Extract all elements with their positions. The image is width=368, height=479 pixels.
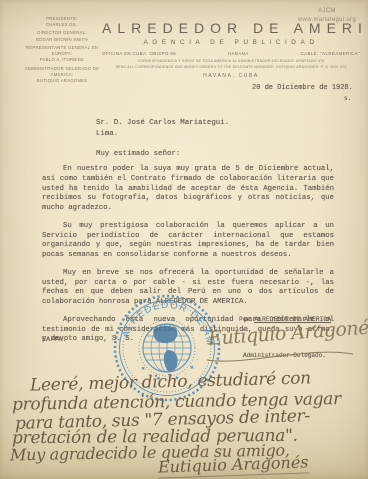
office-city: Habana [228, 51, 248, 56]
typist-initials: EA/PA. [42, 336, 66, 344]
official-name: Pablo A. Iturbide [20, 57, 104, 63]
letter-date: 20 de Diciembre de 1928. [252, 84, 353, 92]
company-tagline: AGENCIA DE PUBLICIDAD [102, 39, 360, 46]
scanned-letter-page: AJCM www.mariategui.org Presidente: Char… [0, 0, 368, 479]
official-administrator: Administrador Delegado de America: Eutiq… [20, 66, 104, 85]
office-info-row: Oficina en Cuba: Obispo 86 Habana Cable:… [102, 51, 360, 56]
official-director: Director General: Edgar Brown Smith [20, 30, 104, 42]
recipient-city: Lima. [96, 129, 229, 140]
letterhead-officials: Presidente: Charles Gil. Director Genera… [20, 16, 104, 86]
letterhead-city: HAVANA, CUBA [102, 73, 360, 79]
date-annotation: s. [344, 95, 351, 102]
signature-flourish [205, 344, 355, 366]
office-address: Oficina en Cuba: Obispo 86 [102, 51, 176, 56]
official-representative: Representante General en Europa: Pablo A… [20, 45, 104, 64]
recipient-name: Sr. D. José Carlos Mariategui. [96, 118, 229, 129]
closing-prefix: Por [239, 316, 254, 323]
letterhead: ALREDEDOR DE AMERICA AGENCIA DE PUBLICID… [102, 20, 360, 79]
paragraph-2: Su muy prestigiosa colaboración la quere… [42, 222, 334, 261]
company-name: ALREDEDOR DE AMERICA [102, 20, 360, 36]
salutation: Muy estimado señor: [96, 150, 180, 158]
archive-initials: AJCM [298, 7, 356, 16]
correspondence-notices: Correspondencia y giros de toda America … [102, 59, 360, 71]
official-name: Edgar Brown Smith [20, 37, 104, 43]
official-president: Presidente: Charles Gil. [20, 16, 104, 28]
recipient-block: Sr. D. José Carlos Mariategui. Lima. [96, 118, 229, 139]
north-america-shape [153, 326, 177, 343]
official-name: Charles Gil. [20, 22, 104, 28]
cable-address: Cable: "Alreamerica" [301, 51, 360, 56]
official-title: Representante General en Europa: [20, 45, 104, 57]
notice-english: Send all correspondence and money-orders… [102, 65, 360, 71]
official-title: Administrador Delegado de America: [20, 66, 104, 78]
notice-spanish: Correspondencia y giros de toda America … [102, 59, 360, 65]
paragraph-1: En nuestro poder la suya muy grata de 5 … [42, 165, 334, 214]
official-name: Eutiquio Aragones [20, 78, 104, 84]
